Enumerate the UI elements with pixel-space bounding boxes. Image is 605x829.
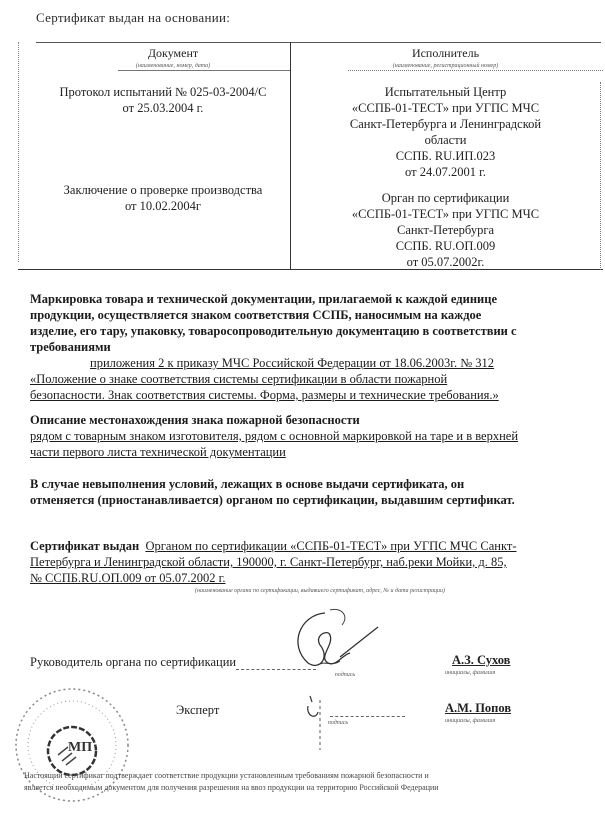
head-signature-icon: [270, 605, 380, 675]
cell-line: «ССПБ-01-ТЕСТ» при УГПС МЧС: [293, 206, 598, 222]
location-line: рядом с товарным знаком изготовителя, ря…: [30, 428, 585, 444]
cell-line: Орган по сертификации: [293, 190, 598, 206]
name-caption: инициалы, фамилия: [445, 670, 525, 676]
table-cell-document: Протокол испытаний № 025-03-2004/С от 25…: [38, 84, 288, 116]
table-divider: [290, 42, 291, 270]
column-header-executor: Исполнитель: [293, 46, 598, 61]
cell-line: от 10.02.2004г: [38, 198, 288, 214]
cell-line: Протокол испытаний № 025-03-2004/С: [38, 84, 288, 100]
cell-line: от 25.03.2004 г.: [38, 100, 288, 116]
location-title: Описание местонахождения знака пожарной …: [30, 412, 585, 428]
issued-by-line: Петербурга и Ленинградской области, 1900…: [30, 554, 585, 570]
column-caption-document: (наименование, номер, дата): [58, 63, 288, 69]
paragraph-line: В случае невыполнения условий, лежащих в…: [30, 476, 585, 492]
column-caption-executor: (наименование, регистрационный номер): [293, 63, 598, 69]
name-caption: инициалы, фамилия: [445, 718, 525, 724]
sign-caption: подпись: [325, 672, 365, 678]
table-cell-executor: Орган по сертификации «ССПБ-01-ТЕСТ» при…: [293, 190, 598, 270]
header-underline: [348, 70, 603, 71]
paragraph-line: изделие, его тару, упаковку, товаросопро…: [30, 323, 585, 339]
requirement-line: приложения 2 к приказу МЧС Российской Фе…: [30, 355, 585, 371]
cell-line: Заключение о проверке производства: [38, 182, 288, 198]
cell-line: от 24.07.2001 г.: [293, 164, 598, 180]
header-underline: [118, 70, 290, 71]
marking-requirements: приложения 2 к приказу МЧС Российской Фе…: [30, 355, 585, 403]
issued-by-caption: (наименование органа по сертификации, вы…: [60, 588, 580, 594]
issued-by-label: Сертификат выдан: [30, 539, 139, 553]
cell-line: Испытательный Центр: [293, 84, 598, 100]
column-header-document: Документ: [58, 46, 288, 61]
sign-caption: подпись: [318, 720, 358, 726]
location-section: Описание местонахождения знака пожарной …: [30, 412, 585, 460]
cell-line: «ССПБ-01-ТЕСТ» при УГПС МЧС: [293, 100, 598, 116]
issued-by-line: Органом по сертификации «ССПБ-01-ТЕСТ» п…: [145, 539, 516, 553]
footer-note: Настоящий сертификат подтверждает соотве…: [24, 770, 604, 794]
basis-table: Документ (наименование, номер, дата) Исп…: [18, 42, 603, 269]
issued-by-line: № ССПБ.RU.ОП.009 от 05.07.2002 г.: [30, 570, 585, 586]
paragraph-line: отменяется (приостанавливается) органом …: [30, 492, 585, 508]
marking-paragraph: Маркировка товара и технической документ…: [30, 291, 585, 355]
table-border-left: [18, 42, 19, 262]
cell-line: от 05.07.2002г.: [293, 254, 598, 270]
table-border-right: [600, 82, 601, 270]
footer-line: является необходимым документом для полу…: [24, 782, 604, 794]
paragraph-line: требованиями: [30, 339, 585, 355]
requirement-line: безопасности. Знак соответствия системы.…: [30, 387, 585, 403]
cell-line: Санкт-Петербурга и Ленинградской: [293, 116, 598, 132]
expert-label: Эксперт: [176, 703, 219, 718]
cell-line: области: [293, 132, 598, 148]
table-cell-document: Заключение о проверке производства от 10…: [38, 182, 288, 214]
head-label: Руководитель органа по сертификации: [30, 655, 236, 670]
expert-name: А.М. Попов: [445, 701, 511, 716]
cell-line: ССПБ. RU.ИП.023: [293, 148, 598, 164]
stamp-text: МП: [68, 740, 92, 756]
table-cell-executor: Испытательный Центр «ССПБ-01-ТЕСТ» при У…: [293, 84, 598, 180]
paragraph-line: Маркировка товара и технической документ…: [30, 291, 585, 307]
page-heading: Сертификат выдан на основании:: [36, 10, 230, 26]
cell-line: ССПБ. RU.ОП.009: [293, 238, 598, 254]
location-line: части первого листа технической документ…: [30, 444, 585, 460]
cell-line: Санкт-Петербурга: [293, 222, 598, 238]
signature-line: [330, 716, 405, 717]
cancellation-paragraph: В случае невыполнения условий, лежащих в…: [30, 476, 585, 508]
head-name: А.З. Сухов: [452, 653, 510, 668]
paragraph-line: продукции, осуществляется знаком соответ…: [30, 307, 585, 323]
table-border-top: [36, 42, 601, 43]
requirement-line: «Положение о знаке соответствия системы …: [30, 371, 585, 387]
footer-line: Настоящий сертификат подтверждает соотве…: [24, 770, 604, 782]
issued-by-section: Сертификат выдан Органом по сертификации…: [30, 538, 585, 586]
